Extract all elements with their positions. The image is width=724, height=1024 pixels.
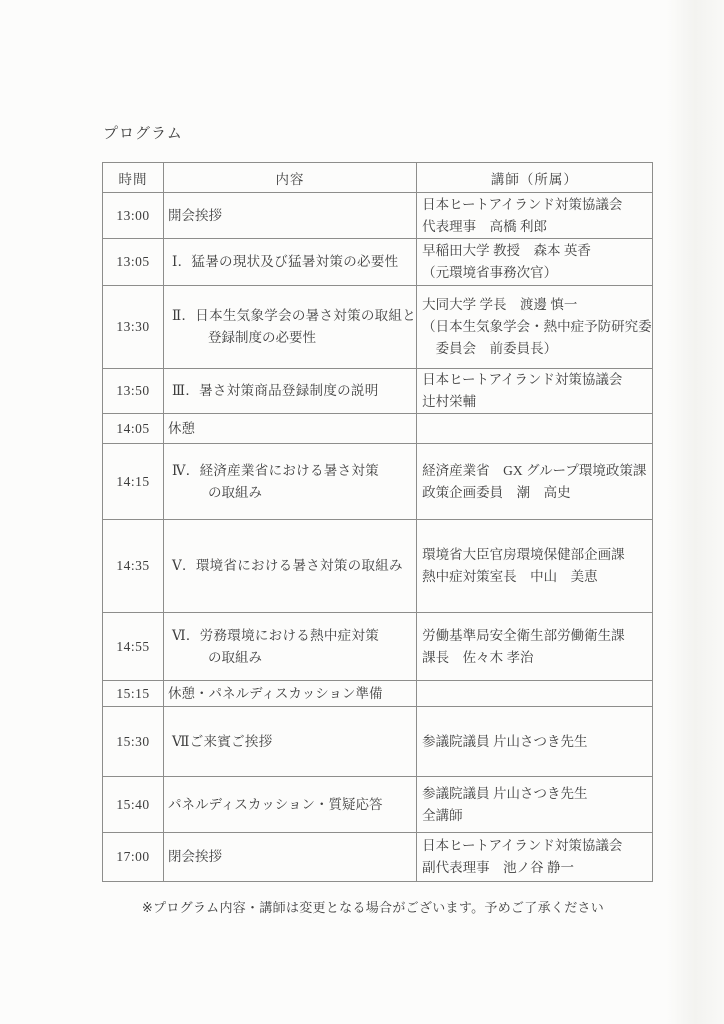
speaker-cell: 日本ヒートアイランド対策協議会 副代表理事 池ノ谷 静一 bbox=[417, 833, 653, 882]
content-cell: 休憩 bbox=[164, 414, 417, 444]
speaker-line: 全講師 bbox=[417, 805, 652, 827]
time-cell: 13:00 bbox=[103, 193, 164, 239]
speaker-line: 政策企画委員 潮 高史 bbox=[417, 482, 652, 504]
time-cell: 14:55 bbox=[103, 613, 164, 681]
content-cell: 開会挨拶 bbox=[164, 193, 417, 239]
content-line: 休憩 bbox=[164, 418, 416, 440]
speaker-cell: 日本ヒートアイランド対策協議会 辻村栄輔 bbox=[417, 369, 653, 414]
content-cell: Ⅵ．労務環境における熱中症対策 の取組み bbox=[164, 613, 417, 681]
speaker-line: 日本ヒートアイランド対策協議会 bbox=[417, 369, 652, 391]
column-header-time: 時間 bbox=[103, 163, 164, 193]
content-line: 閉会挨拶 bbox=[164, 846, 416, 868]
content-line: 休憩・パネルディスカッション準備 bbox=[164, 683, 416, 705]
content-line: Ⅱ．日本生気象学会の暑さ対策の取組と bbox=[164, 305, 416, 327]
content-line: Ⅶご来賓ご挨拶 bbox=[164, 731, 416, 753]
content-cell: Ⅶご来賓ご挨拶 bbox=[164, 707, 417, 777]
content-line: Ⅰ．猛暑の現状及び猛暑対策の必要性 bbox=[164, 251, 416, 273]
time-cell: 15:30 bbox=[103, 707, 164, 777]
speaker-line: 参議院議員 片山さつき先生 bbox=[417, 731, 652, 753]
table-row: 17:00 閉会挨拶 日本ヒートアイランド対策協議会 副代表理事 池ノ谷 静一 bbox=[103, 833, 653, 882]
speaker-line: 参議院議員 片山さつき先生 bbox=[417, 783, 652, 805]
time-cell: 14:05 bbox=[103, 414, 164, 444]
speaker-line: 早稲田大学 教授 森本 英香 bbox=[417, 240, 652, 262]
content-cell: Ⅱ．日本生気象学会の暑さ対策の取組と 登録制度の必要性 bbox=[164, 286, 417, 369]
table-row: 14:35 Ⅴ．環境省における暑さ対策の取組み 環境省大臣官房環境保健部企画課 … bbox=[103, 520, 653, 613]
table-row: 13:30 Ⅱ．日本生気象学会の暑さ対策の取組と 登録制度の必要性 大同大学 学… bbox=[103, 286, 653, 369]
content-cell: 閉会挨拶 bbox=[164, 833, 417, 882]
time-cell: 17:00 bbox=[103, 833, 164, 882]
speaker-cell: 日本ヒートアイランド対策協議会 代表理事 高橋 利郎 bbox=[417, 193, 653, 239]
content-cell: パネルディスカッション・質疑応答 bbox=[164, 777, 417, 833]
table-row: 15:15 休憩・パネルディスカッション準備 bbox=[103, 681, 653, 707]
content-cell: Ⅲ．暑さ対策商品登録制度の説明 bbox=[164, 369, 417, 414]
content-line: Ⅵ．労務環境における熱中症対策 bbox=[164, 625, 416, 647]
speaker-line: 委員会 前委員長） bbox=[417, 338, 652, 360]
speaker-line: 辻村栄輔 bbox=[417, 391, 652, 413]
content-line: Ⅴ．環境省における暑さ対策の取組み bbox=[164, 555, 416, 577]
speaker-line: 環境省大臣官房環境保健部企画課 bbox=[417, 544, 652, 566]
speaker-cell: 環境省大臣官房環境保健部企画課 熱中症対策室長 中山 美恵 bbox=[417, 520, 653, 613]
speaker-cell: 参議院議員 片山さつき先生 全講師 bbox=[417, 777, 653, 833]
speaker-line: （元環境省事務次官） bbox=[417, 262, 652, 284]
speaker-cell: 経済産業省 GX グループ環境政策課 政策企画委員 潮 高史 bbox=[417, 444, 653, 520]
speaker-cell bbox=[417, 414, 653, 444]
table-row: 14:05 休憩 bbox=[103, 414, 653, 444]
column-header-content: 内容 bbox=[164, 163, 417, 193]
speaker-cell: 早稲田大学 教授 森本 英香 （元環境省事務次官） bbox=[417, 239, 653, 286]
table-row: 14:55 Ⅵ．労務環境における熱中症対策 の取組み 労働基準局安全衛生部労働衛… bbox=[103, 613, 653, 681]
table-row: 13:00 開会挨拶 日本ヒートアイランド対策協議会 代表理事 高橋 利郎 bbox=[103, 193, 653, 239]
table-row: 13:05 Ⅰ．猛暑の現状及び猛暑対策の必要性 早稲田大学 教授 森本 英香 （… bbox=[103, 239, 653, 286]
time-cell: 13:05 bbox=[103, 239, 164, 286]
content-line: パネルディスカッション・質疑応答 bbox=[164, 794, 416, 816]
speaker-line: 日本ヒートアイランド対策協議会 bbox=[417, 835, 652, 857]
table-header-row: 時間 内容 講師（所属） bbox=[103, 163, 653, 193]
speaker-line: 大同大学 学長 渡邊 慎一 bbox=[417, 294, 652, 316]
time-cell: 15:15 bbox=[103, 681, 164, 707]
content-cell: Ⅴ．環境省における暑さ対策の取組み bbox=[164, 520, 417, 613]
content-line: Ⅲ．暑さ対策商品登録制度の説明 bbox=[164, 380, 416, 402]
column-header-speaker: 講師（所属） bbox=[417, 163, 653, 193]
speaker-cell bbox=[417, 681, 653, 707]
content-cell: Ⅰ．猛暑の現状及び猛暑対策の必要性 bbox=[164, 239, 417, 286]
table-row: 14:15 Ⅳ．経済産業省における暑さ対策 の取組み 経済産業省 GX グループ… bbox=[103, 444, 653, 520]
content-line: の取組み bbox=[164, 482, 416, 504]
table-row: 15:30 Ⅶご来賓ご挨拶 参議院議員 片山さつき先生 bbox=[103, 707, 653, 777]
speaker-line: 熱中症対策室長 中山 美恵 bbox=[417, 566, 652, 588]
page-title: プログラム bbox=[103, 122, 183, 143]
content-line: の取組み bbox=[164, 647, 416, 669]
table-row: 13:50 Ⅲ．暑さ対策商品登録制度の説明 日本ヒートアイランド対策協議会 辻村… bbox=[103, 369, 653, 414]
speaker-cell: 大同大学 学長 渡邊 慎一 （日本生気象学会・熱中症予防研究委 委員会 前委員長… bbox=[417, 286, 653, 369]
time-cell: 14:35 bbox=[103, 520, 164, 613]
table-row: 15:40 パネルディスカッション・質疑応答 参議院議員 片山さつき先生 全講師 bbox=[103, 777, 653, 833]
speaker-line: 代表理事 高橋 利郎 bbox=[417, 216, 652, 238]
scanned-document-page: プログラム 時間 内容 講師（所属） 13:00 開会挨拶 日本ヒートアイランド… bbox=[0, 0, 724, 1024]
speaker-line: （日本生気象学会・熱中症予防研究委 bbox=[417, 316, 652, 338]
time-cell: 14:15 bbox=[103, 444, 164, 520]
speaker-line: 日本ヒートアイランド対策協議会 bbox=[417, 194, 652, 216]
content-line: 開会挨拶 bbox=[164, 205, 416, 227]
speaker-line: 課長 佐々木 孝治 bbox=[417, 647, 652, 669]
speaker-line: 労働基準局安全衛生部労働衛生課 bbox=[417, 625, 652, 647]
content-cell: Ⅳ．経済産業省における暑さ対策 の取組み bbox=[164, 444, 417, 520]
footnote: ※プログラム内容・講師は変更となる場合がございます。予めご了承ください bbox=[0, 897, 724, 916]
speaker-line: 副代表理事 池ノ谷 静一 bbox=[417, 857, 652, 879]
content-line: 登録制度の必要性 bbox=[164, 327, 416, 349]
content-cell: 休憩・パネルディスカッション準備 bbox=[164, 681, 417, 707]
time-cell: 13:30 bbox=[103, 286, 164, 369]
speaker-line: 経済産業省 GX グループ環境政策課 bbox=[417, 460, 652, 482]
speaker-cell: 参議院議員 片山さつき先生 bbox=[417, 707, 653, 777]
time-cell: 13:50 bbox=[103, 369, 164, 414]
speaker-cell: 労働基準局安全衛生部労働衛生課 課長 佐々木 孝治 bbox=[417, 613, 653, 681]
time-cell: 15:40 bbox=[103, 777, 164, 833]
content-line: Ⅳ．経済産業省における暑さ対策 bbox=[164, 460, 416, 482]
program-table: 時間 内容 講師（所属） 13:00 開会挨拶 日本ヒートアイランド対策協議会 … bbox=[102, 162, 653, 882]
